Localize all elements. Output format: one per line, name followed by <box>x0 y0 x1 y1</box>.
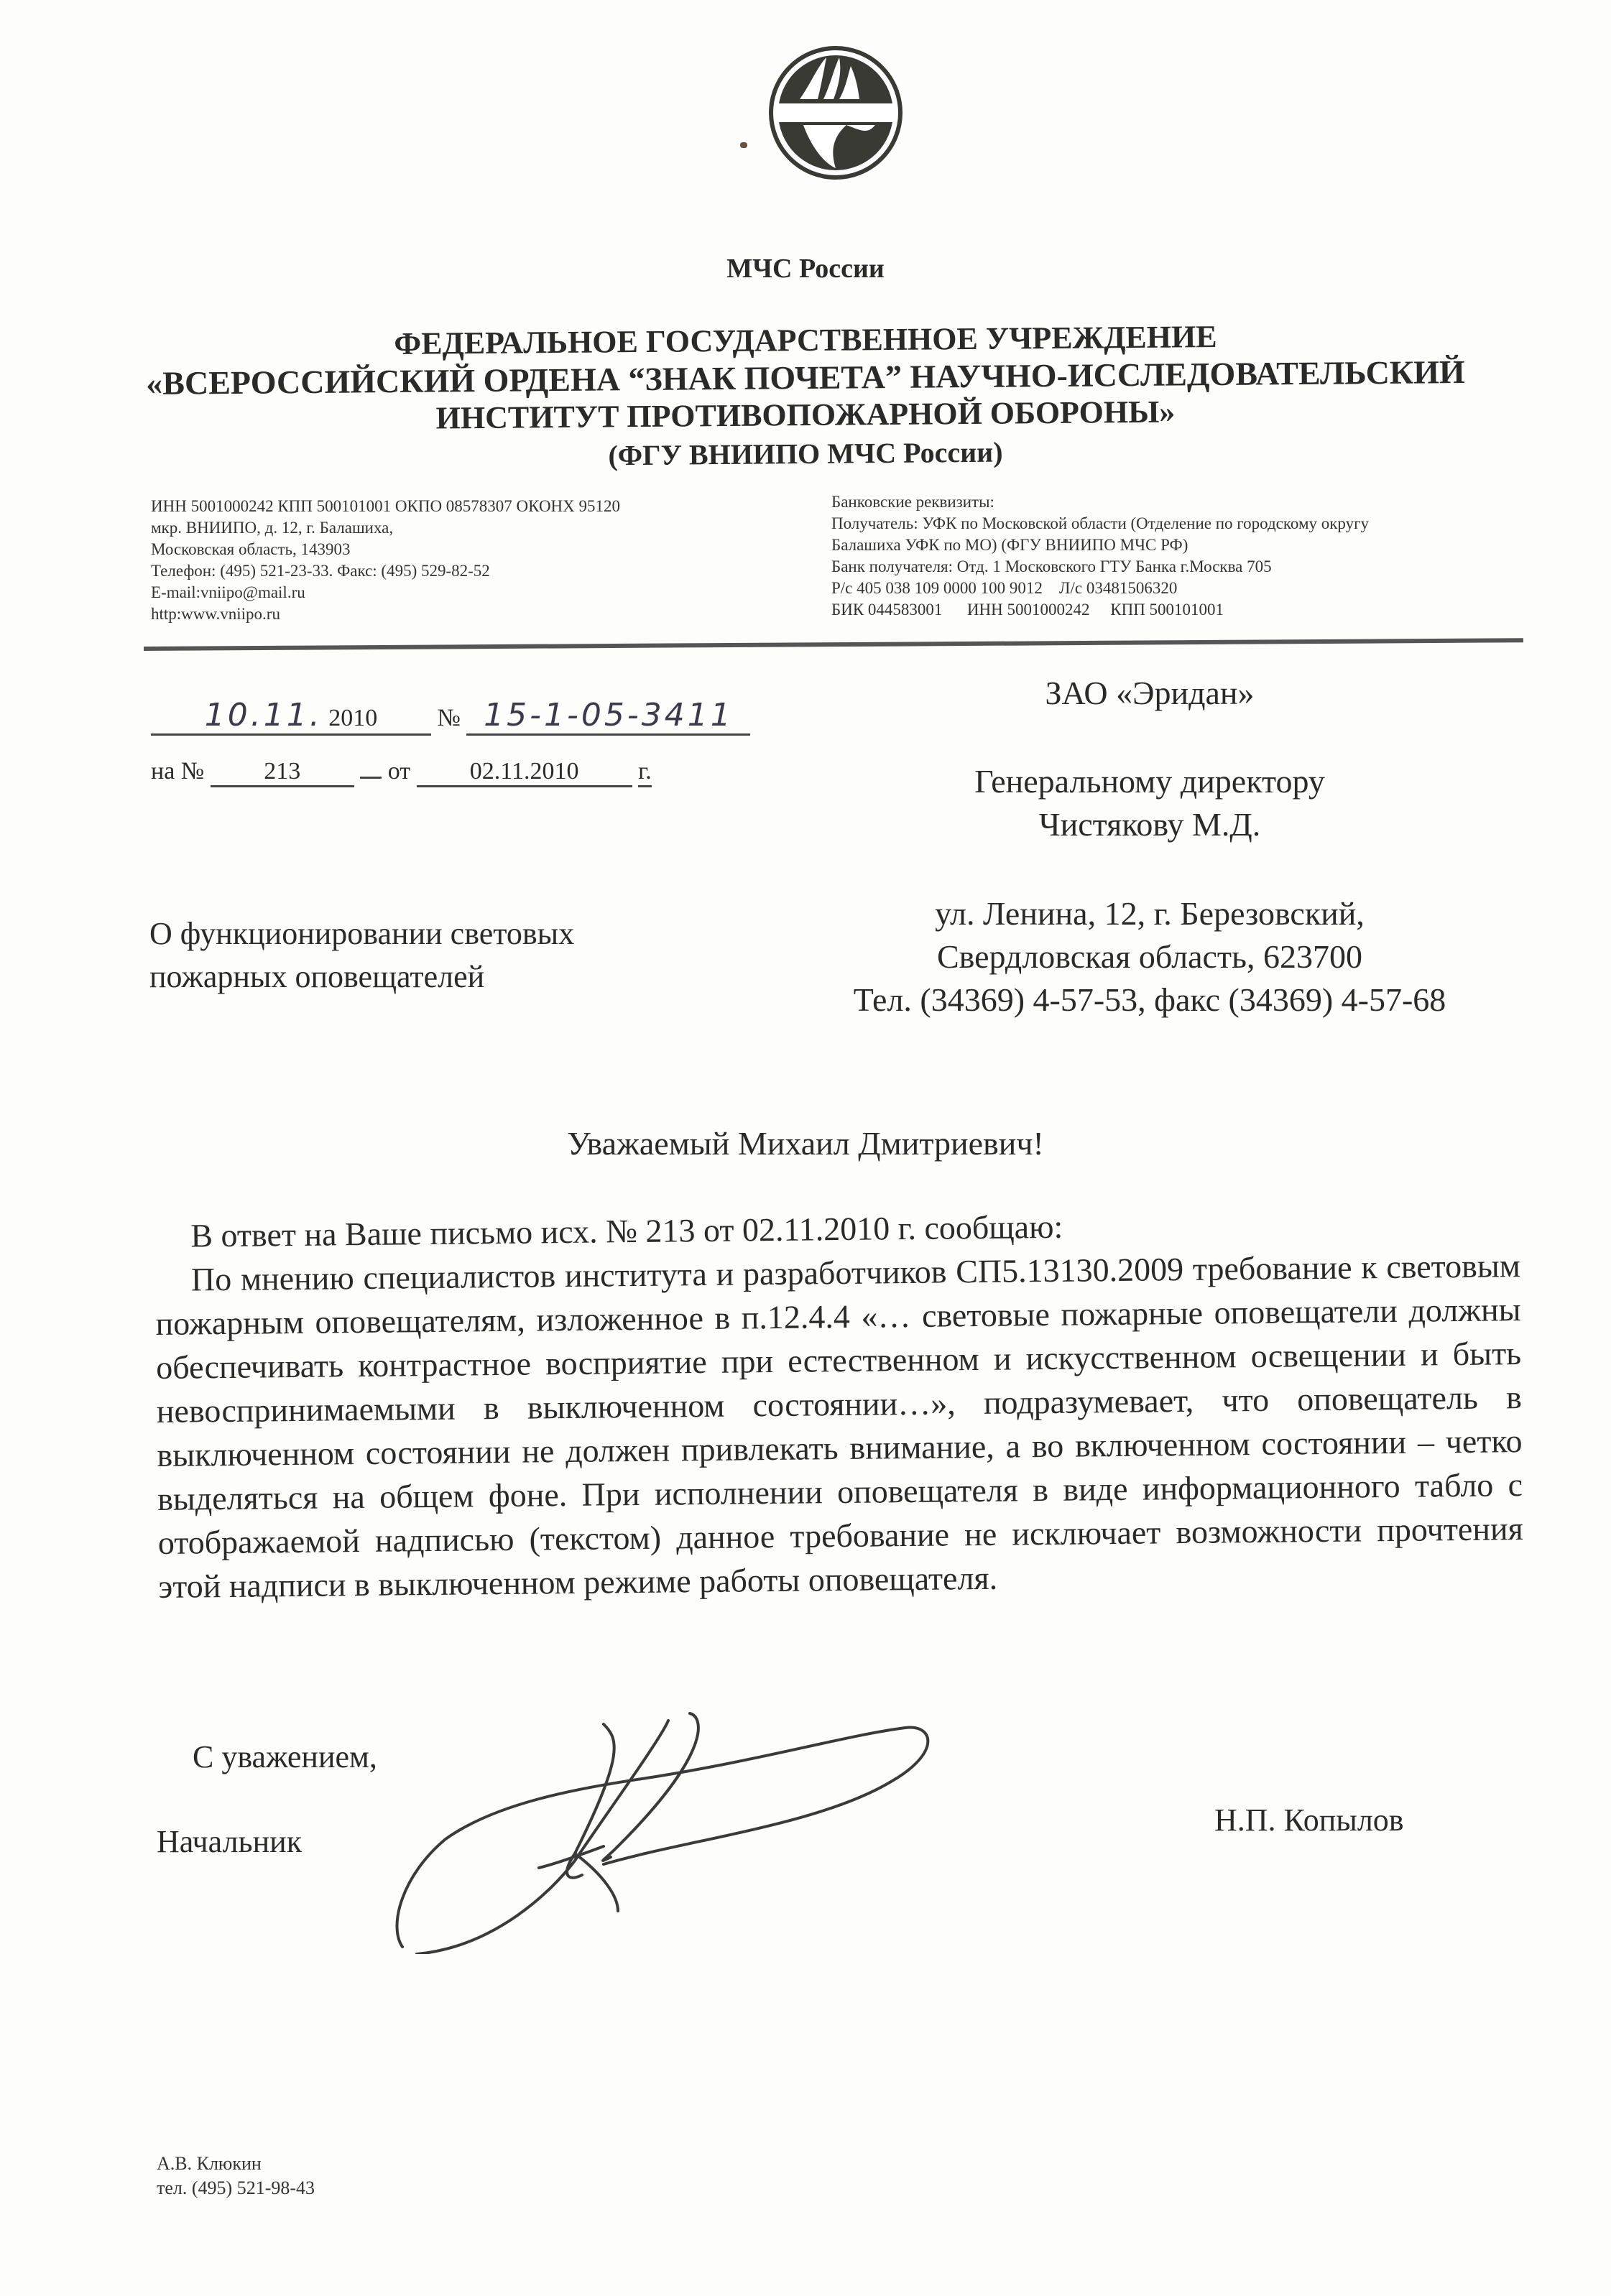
executor-phone: тел. (495) 521-98-43 <box>157 2176 315 2200</box>
requisite-line: ИНН 5001000242 КПП 500101001 ОКПО 085783… <box>151 496 620 517</box>
email-line: E-mail:vniipo@mail.ru <box>151 582 620 603</box>
year: 2010 <box>328 705 377 731</box>
requisite-line: мкр. ВНИИПО, д. 12, г. Балашиха, <box>151 517 620 539</box>
fire-emblem-icon <box>767 45 904 181</box>
requisite-line: Московская область, 143903 <box>151 539 620 560</box>
handwritten-number: 15-1-05-3411 <box>484 697 734 733</box>
header-divider <box>144 638 1523 651</box>
requisite-line: БИК 044583001 ИНН 5001000242 КПП 5001010… <box>831 599 1369 621</box>
bank-requisites: Банковские реквизиты: Получатель: УФК по… <box>831 491 1369 621</box>
outgoing-date-field: 10.11. 2010 <box>151 697 431 736</box>
subject-line: пожарных оповещателей <box>149 955 574 999</box>
recipient-position: Генеральному директору <box>790 760 1509 803</box>
recipient-address: ул. Ленина, 12, г. Березовский, <box>790 892 1509 935</box>
outgoing-number-field: 15-1-05-3411 <box>466 697 750 736</box>
executor-name: А.В. Клюкин <box>157 2152 315 2176</box>
website-line: http:www.vniipo.ru <box>151 603 620 625</box>
ref-number-field: 213 <box>211 758 354 787</box>
letter-page: МЧС России ФЕДЕРАЛЬНОЕ ГОСУДАРСТВЕННОЕ У… <box>0 0 1611 2296</box>
requisite-line: Телефон: (495) 521-23-33. Факс: (495) 52… <box>151 560 620 582</box>
recipient-phone: Тел. (34369) 4-57-53, факс (34369) 4-57-… <box>790 978 1509 1022</box>
signatory-position: Начальник <box>157 1823 302 1860</box>
regards: С уважением, <box>193 1739 377 1775</box>
recipient-name: Чистякову М.Д. <box>790 803 1509 846</box>
subject-line: О функционировании световых <box>149 912 574 955</box>
requisite-line: Р/с 405 038 109 0000 100 9012 Л/с 034815… <box>831 578 1369 599</box>
scan-speck <box>740 142 747 148</box>
reference-registration: на № 213 от 02.11.2010 г. <box>151 758 652 787</box>
ref-label: на № <box>151 758 204 784</box>
ref-date-field: 02.11.2010 <box>417 758 632 787</box>
blank-field <box>360 777 382 779</box>
requisite-line: Балашиха УФК по МО) (ФГУ ВНИИПО МЧС РФ) <box>831 534 1369 556</box>
handwritten-date: 10.11. <box>205 697 323 733</box>
recipient-region: Свердловская область, 623700 <box>790 935 1509 978</box>
requisite-line: Получатель: УФК по Московской области (О… <box>831 513 1369 534</box>
ministry-title: МЧС России <box>0 253 1611 284</box>
number-label: № <box>438 705 461 731</box>
requisite-line: Банк получателя: Отд. 1 Московского ГТУ … <box>831 556 1369 578</box>
requisites-left: ИНН 5001000242 КПП 500101001 ОКПО 085783… <box>151 496 620 625</box>
outgoing-registration: 10.11. 2010 № 15-1-05-3411 <box>151 697 750 736</box>
handwritten-signature <box>388 1710 1250 1954</box>
body-paragraph: По мнению специалистов института и разра… <box>155 1244 1524 1608</box>
greeting: Уважаемый Михаил Дмитриевич! <box>0 1124 1611 1162</box>
from-label: от <box>388 758 410 784</box>
year-suffix: г. <box>638 758 652 787</box>
requisite-line: Банковские реквизиты: <box>831 491 1369 513</box>
letter-body: В ответ на Ваше письмо исх. № 213 от 02.… <box>154 1200 1524 1608</box>
executor-info: А.В. Клюкин тел. (495) 521-98-43 <box>157 2152 315 2200</box>
letter-subject: О функционировании световых пожарных опо… <box>149 912 574 999</box>
recipient-company: ЗАО «Эридан» <box>790 672 1509 715</box>
